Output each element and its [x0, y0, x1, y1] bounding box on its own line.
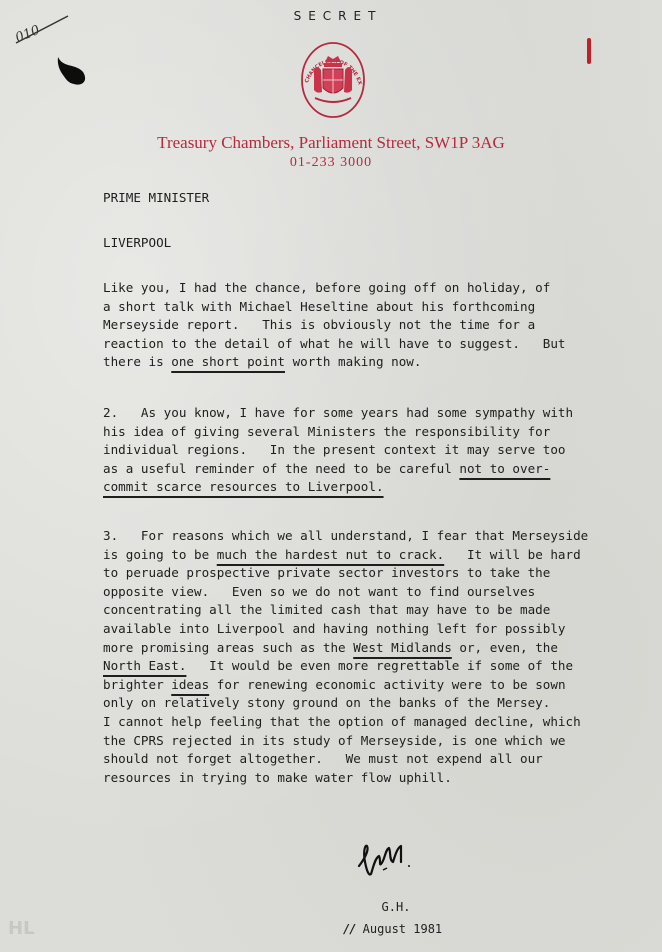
- chancellor-crest-icon: CHANCELLOR OF THE EXCHEQUER: [299, 40, 367, 120]
- letterhead: Treasury Chambers, Parliament Street, SW…: [0, 133, 662, 173]
- underlined-phrase: commit scarce resources to Liverpool.: [103, 479, 384, 494]
- archive-watermark: HL: [8, 918, 35, 939]
- underlined-phrase: one short point: [171, 354, 285, 369]
- letterhead-phone: 01-233 3000: [0, 153, 662, 173]
- underlined-phrase: much the hardest nut to crack.: [217, 547, 444, 562]
- date-day-handwritten: //: [343, 922, 355, 936]
- addressee: PRIME MINISTER: [103, 189, 643, 208]
- underlined-phrase: ideas: [171, 677, 209, 692]
- ink-blot: [54, 55, 88, 89]
- signature-initials: G.H.: [0, 900, 662, 914]
- page-marker-red: [587, 38, 591, 64]
- paragraph-1: Like you, I had the chance, before going…: [103, 279, 643, 372]
- paragraph-2: 2. As you know, I have for some years ha…: [103, 404, 643, 497]
- subject-heading: LIVERPOOL: [103, 234, 643, 253]
- svg-text:010: 010: [13, 23, 42, 44]
- underlined-phrase: North East.: [103, 658, 186, 673]
- letter-date: // August 1981: [343, 922, 442, 936]
- underlined-phrase: not to over-: [459, 461, 550, 476]
- letterhead-address: Treasury Chambers, Parliament Street, SW…: [0, 133, 662, 153]
- handwritten-signature: [355, 838, 425, 878]
- paragraph-3: 3. For reasons which we all understand, …: [103, 527, 643, 787]
- classification-marking: SECRET: [0, 9, 662, 23]
- underlined-phrase: West Midlands: [353, 640, 452, 655]
- document-page: 010 SECRET CHANCELLOR OF THE EXCHEQUER T…: [0, 0, 662, 952]
